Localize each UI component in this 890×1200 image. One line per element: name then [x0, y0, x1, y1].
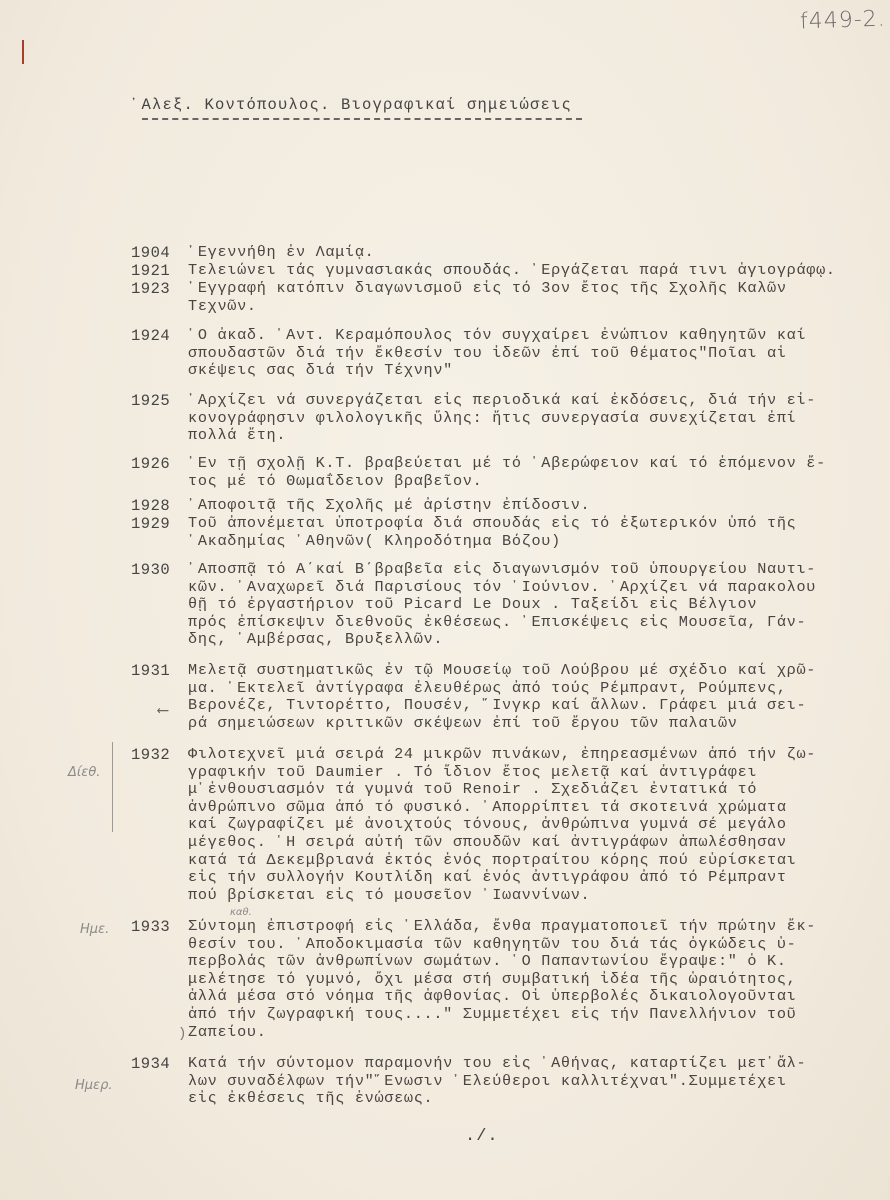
entry-text: Τοῦ ἀπονέμεται ὑποτροφία διά σπουδάς εἰς… — [188, 515, 883, 550]
entry-year: 1932 — [131, 746, 186, 764]
entry-text: ᾿Εγεννήθη ἐν Λαμίᾳ. — [188, 244, 883, 262]
entry-year: 1930 — [131, 561, 186, 579]
entry-text: Σύντομη ἐπιστροφή εἰς ῾Ελλάδα, ἔνθα πραγ… — [188, 918, 883, 1041]
entry-year: 1904 — [131, 244, 186, 262]
entry-text: Τελειώνει τάς γυμνασιακάς σπουδάς. ᾿Εργά… — [188, 262, 883, 280]
margin-pencil-line — [112, 742, 113, 832]
entry-text: ᾿Αποφοιτᾷ τῆς Σχολῆς μέ ἀρίστην ἐπίδοσιν… — [188, 497, 883, 515]
title-underline — [142, 118, 582, 120]
margin-note-1933: Ημε. — [80, 922, 109, 937]
entry-year: 1931 — [131, 662, 186, 680]
red-ink-mark — [22, 40, 24, 64]
entry-year: 1923 — [131, 280, 186, 298]
entry-year: 1924 — [131, 327, 186, 345]
entry-text: ᾿Εγγραφή κατόπιν διαγωνισμοῦ εἰς τό 3ον … — [188, 280, 883, 315]
entry-text: ᾿Αποσπᾷ τό Α΄καί Β΄βραβεῖα εἰς διαγωνισμ… — [188, 561, 883, 649]
margin-bracket-mark: ) — [178, 1026, 186, 1042]
entry-year: 1934 — [131, 1055, 186, 1073]
margin-note-1932: Δίεθ. — [68, 765, 100, 780]
entry-text: Φιλοτεχνεῖ μιά σειρά 24 μικρῶν πινάκων, … — [188, 746, 883, 904]
document-page: f449-2. ᾿Αλεξ. Κοντόπουλος. Βιογραφικαί … — [0, 0, 890, 1200]
margin-arrow-mark: ⟵ — [158, 700, 168, 720]
entry-year: 1921 — [131, 262, 186, 280]
entry-year: 1933 — [131, 918, 186, 936]
end-mark: ./. — [465, 1127, 499, 1146]
entry-year: 1926 — [131, 455, 186, 473]
entry-year: 1928 — [131, 497, 186, 515]
entry-year: 1925 — [131, 392, 186, 410]
document-title: ᾿Αλεξ. Κοντόπουλος. Βιογραφικαί σημειώσε… — [131, 96, 572, 114]
entry-text: ᾿Αρχίζει νά συνεργάζεται εἰς περιοδικά κ… — [188, 392, 883, 445]
entry-text: Κατά τήν σύντομον παραμονήν του εἰς ᾿Αθή… — [188, 1055, 883, 1108]
entry-text: Μελετᾷ συστηματικῶς ἐν τῷ Μουσείῳ τοῦ Λο… — [188, 662, 883, 732]
entry-text: ῾Ο ἀκαδ. ᾿Αντ. Κεραμόπουλος τόν συγχαίρε… — [188, 327, 883, 380]
entry-text: ᾿Εν τῇ σχολῇ Κ.Τ. βραβεύεται μέ τό ᾿Αβερ… — [188, 455, 883, 490]
margin-note-1933-above: καθ. — [230, 907, 252, 918]
margin-note-1934: Ημερ. — [75, 1078, 112, 1093]
entry-year: 1929 — [131, 515, 186, 533]
archive-reference: f449-2. — [800, 7, 886, 35]
